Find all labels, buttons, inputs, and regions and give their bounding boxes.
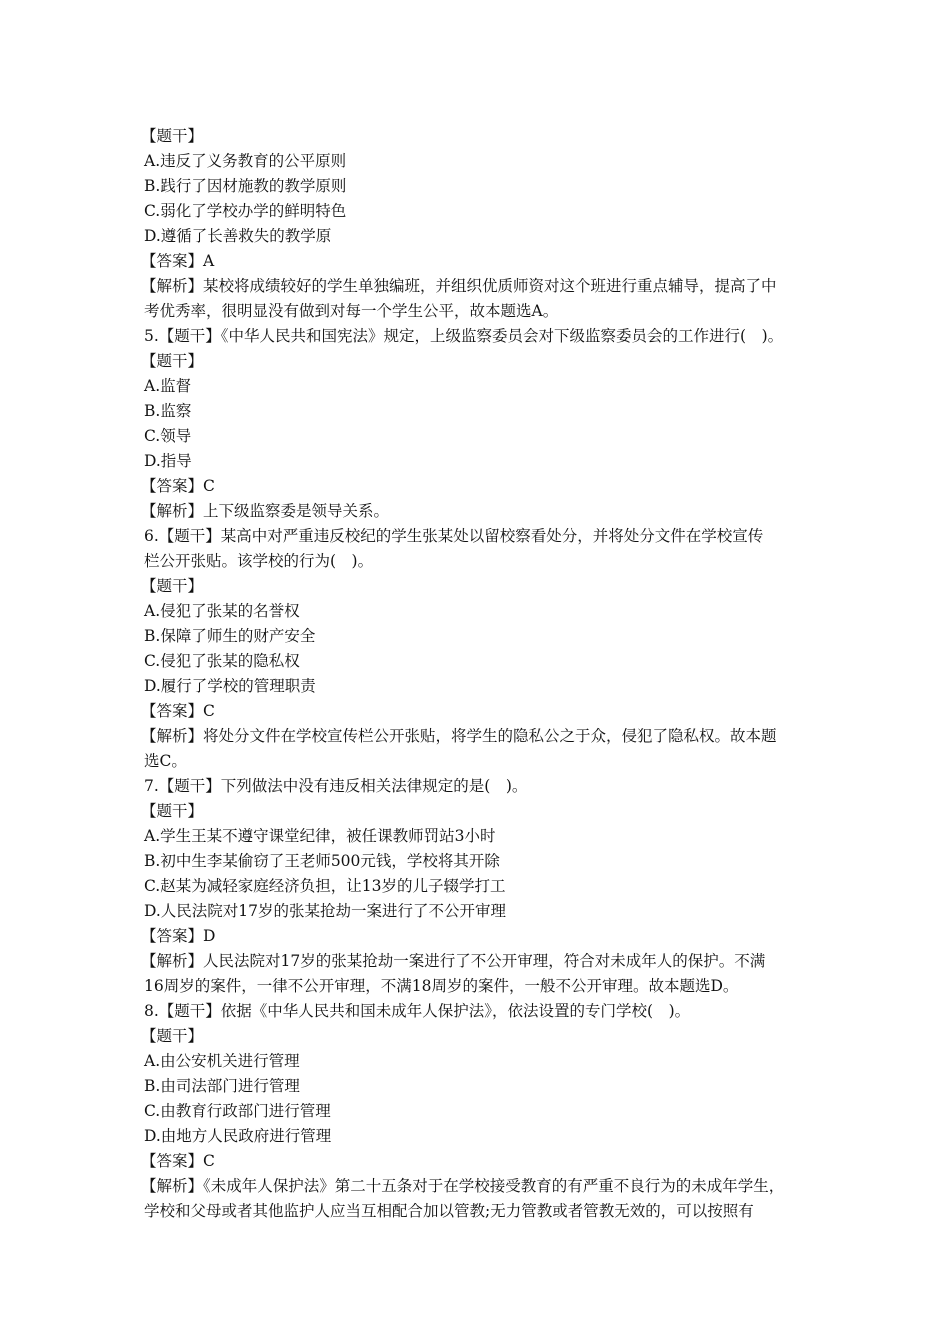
option-a: A.侵犯了张某的名誉权 — [144, 599, 814, 624]
option-d: D.遵循了长善救失的教学原 — [144, 224, 814, 249]
stem-label: 【题干】 — [141, 124, 814, 149]
analysis: 【解析】某校将成绩较好的学生单独编班，并组织优质师资对这个班进行重点辅导，提高了… — [141, 274, 814, 299]
answer: 【答案】C — [141, 474, 814, 499]
answer: 【答案】C — [141, 1149, 814, 1174]
question-4-block: 【题干】 A.违反了义务教育的公平原则 B.践行了因材施教的教学原则 C.弱化了… — [144, 124, 814, 324]
option-a: A.由公安机关进行管理 — [144, 1049, 814, 1074]
question-stem: 7.【题干】下列做法中没有违反相关法律规定的是( )。 — [144, 774, 814, 799]
analysis-continued: 16周岁的案件，一律不公开审理，不满18周岁的案件，一般不公开审理。故本题选D。 — [144, 974, 814, 999]
analysis: 【解析】将处分文件在学校宣传栏公开张贴，将学生的隐私公之于众，侵犯了隐私权。故本… — [141, 724, 814, 749]
option-c: C.赵某为减轻家庭经济负担，让13岁的儿子辍学打工 — [144, 874, 814, 899]
question-7-block: 7.【题干】下列做法中没有违反相关法律规定的是( )。 【题干】 A.学生王某不… — [144, 774, 814, 999]
stem-label: 【题干】 — [141, 799, 814, 824]
option-b: B.初中生李某偷窃了王老师500元钱，学校将其开除 — [144, 849, 814, 874]
stem-label: 【题干】 — [141, 349, 814, 374]
analysis: 【解析】《未成年人保护法》第二十五条对于在学校接受教育的有严重不良行为的未成年学… — [141, 1174, 814, 1199]
option-a: A.学生王某不遵守课堂纪律，被任课教师罚站3小时 — [144, 824, 814, 849]
option-b: B.保障了师生的财产安全 — [144, 624, 814, 649]
option-d: D.履行了学校的管理职责 — [144, 674, 814, 699]
option-c: C.弱化了学校办学的鲜明特色 — [144, 199, 814, 224]
option-d: D.指导 — [144, 449, 814, 474]
analysis-continued: 考优秀率，很明显没有做到对每一个学生公平，故本题选A。 — [144, 299, 814, 324]
answer: 【答案】A — [141, 249, 814, 274]
question-5-block: 5.【题干】《中华人民共和国宪法》规定，上级监察委员会对下级监察委员会的工作进行… — [144, 324, 814, 524]
question-stem: 5.【题干】《中华人民共和国宪法》规定，上级监察委员会对下级监察委员会的工作进行… — [144, 324, 814, 349]
question-stem-continued: 栏公开张贴。该学校的行为( )。 — [144, 549, 814, 574]
stem-label: 【题干】 — [141, 574, 814, 599]
option-a: A.监督 — [144, 374, 814, 399]
analysis-continued: 学校和父母或者其他监护人应当互相配合加以管教;无力管教或者管教无效的，可以按照有 — [144, 1199, 814, 1224]
question-6-block: 6.【题干】某高中对严重违反校纪的学生张某处以留校察看处分，并将处分文件在学校宣… — [144, 524, 814, 774]
document-page: 【题干】 A.违反了义务教育的公平原则 B.践行了因材施教的教学原则 C.弱化了… — [144, 124, 814, 1224]
option-c: C.由教育行政部门进行管理 — [144, 1099, 814, 1124]
option-b: B.由司法部门进行管理 — [144, 1074, 814, 1099]
option-b: B.践行了因材施教的教学原则 — [144, 174, 814, 199]
option-c: C.侵犯了张某的隐私权 — [144, 649, 814, 674]
question-stem: 8.【题干】依据《中华人民共和国未成年人保护法》，依法设置的专门学校( )。 — [144, 999, 814, 1024]
analysis-continued: 选C。 — [144, 749, 814, 774]
stem-label: 【题干】 — [141, 1024, 814, 1049]
analysis: 【解析】上下级监察委是领导关系。 — [141, 499, 814, 524]
option-d: D.人民法院对17岁的张某抢劫一案进行了不公开审理 — [144, 899, 814, 924]
question-stem: 6.【题干】某高中对严重违反校纪的学生张某处以留校察看处分，并将处分文件在学校宣… — [144, 524, 814, 549]
option-d: D.由地方人民政府进行管理 — [144, 1124, 814, 1149]
option-c: C.领导 — [144, 424, 814, 449]
answer: 【答案】C — [141, 699, 814, 724]
option-b: B.监察 — [144, 399, 814, 424]
option-a: A.违反了义务教育的公平原则 — [144, 149, 814, 174]
analysis: 【解析】人民法院对17岁的张某抢劫一案进行了不公开审理，符合对未成年人的保护。不… — [141, 949, 814, 974]
question-8-block: 8.【题干】依据《中华人民共和国未成年人保护法》，依法设置的专门学校( )。 【… — [144, 999, 814, 1224]
answer: 【答案】D — [141, 924, 814, 949]
